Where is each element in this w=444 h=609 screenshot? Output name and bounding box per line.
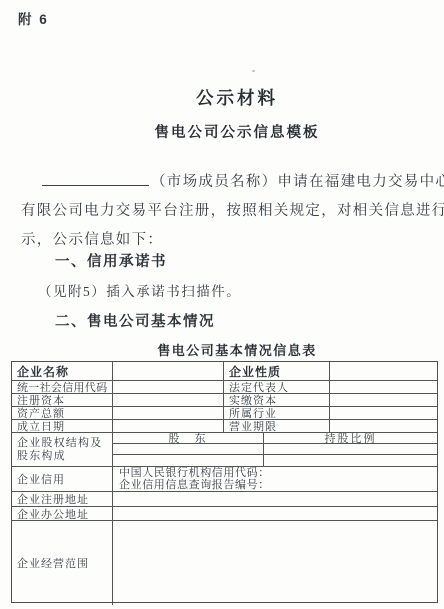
value-founding-date — [113, 420, 224, 432]
label-total-assets: 资产总额 — [12, 407, 113, 419]
label-paid-in-capital: 实缴资本 — [224, 394, 330, 406]
header-shareholding-ratio: 持股比例 — [264, 433, 437, 443]
document-title: 公示材料 — [30, 85, 444, 110]
label-office-address: 企业办公地址 — [12, 507, 113, 520]
value-shareholder-ratio — [264, 455, 437, 466]
value-registered-capital — [113, 394, 224, 406]
value-business-term — [330, 420, 437, 432]
table-title: 售电公司基本情况信息表 — [30, 340, 444, 359]
value-shareholder-ratio — [264, 444, 437, 454]
table-row-shareholders: 企业股权结构及股东构成 股 东 持股比例 — [12, 433, 437, 467]
table-row-company-credit: 企业信用 中国人民银行机构信用代码： 企业信用信息查询报告编号： — [12, 467, 437, 492]
label-company-credit: 企业信用 — [12, 467, 113, 491]
value-total-assets — [113, 407, 224, 419]
label-registered-address: 企业注册地址 — [12, 492, 113, 506]
label-business-scope: 企业经营范围 — [12, 521, 113, 605]
paragraph-line-1: （市场成员名称）申请在福建电力交易中心 — [42, 170, 444, 191]
attachment-number: 附 6 — [18, 8, 49, 28]
table-row-capital: 注册资本 实缴资本 — [12, 394, 437, 407]
value-company-nature — [330, 362, 437, 380]
document-page: 附 6 公示材料 售电公司公示信息模板 （市场成员名称）申请在福建电力交易中心 … — [0, 0, 444, 609]
table-row-business-scope: 企业经营范围 — [12, 521, 437, 605]
section-heading-credit-letter: 一、信用承诺书 — [55, 250, 167, 271]
value-unified-credit-code — [113, 381, 224, 393]
value-registered-address — [113, 492, 437, 506]
value-business-scope — [113, 521, 437, 605]
paragraph-line-1-text: （市场成员名称）申请在福建电力交易中心 — [151, 174, 444, 190]
table-row-assets-industry: 资产总额 所属行业 — [12, 407, 437, 420]
value-paid-in-capital — [330, 394, 437, 406]
credit-code-line: 中国人民银行机构信用代码： — [119, 467, 437, 479]
value-office-address — [113, 507, 437, 520]
table-row-dates: 成立日期 营业期限 — [12, 420, 437, 433]
value-company-credit: 中国人民银行机构信用代码： 企业信用信息查询报告编号： — [113, 467, 437, 491]
shareholder-header-row: 股 东 持股比例 — [113, 433, 437, 444]
table-row-name-nature: 企业名称 企业性质 — [12, 362, 437, 381]
value-legal-representative — [330, 381, 437, 393]
label-registered-capital: 注册资本 — [12, 394, 113, 406]
label-company-name: 企业名称 — [12, 362, 113, 380]
label-shareholder-structure: 企业股权结构及股东构成 — [12, 433, 113, 466]
label-legal-representative: 法定代表人 — [224, 381, 330, 393]
label-business-term: 营业期限 — [224, 420, 330, 432]
document-subtitle: 售电公司公示信息模板 — [30, 121, 444, 142]
credit-report-line: 企业信用信息查询报告编号： — [119, 479, 437, 491]
fill-in-blank-underline — [42, 171, 149, 186]
value-shareholder-name — [113, 444, 264, 454]
shareholder-row — [113, 444, 437, 455]
value-company-name — [113, 362, 224, 380]
label-founding-date: 成立日期 — [12, 420, 113, 432]
table-row-office-address: 企业办公地址 — [12, 507, 437, 521]
company-info-table: 企业名称 企业性质 统一社会信用代码 法定代表人 注册资本 实缴资本 资产总额 … — [11, 361, 438, 603]
scan-speck — [252, 70, 255, 72]
paragraph-line-2: 有限公司电力交易平台注册，按照相关规定，对相关信息进行公 — [21, 199, 444, 220]
header-shareholder: 股 东 — [113, 433, 264, 443]
label-industry: 所属行业 — [224, 407, 330, 419]
table-row-credit-code-legal-rep: 统一社会信用代码 法定代表人 — [12, 381, 437, 394]
shareholder-row — [113, 455, 437, 466]
table-row-registered-address: 企业注册地址 — [12, 492, 437, 507]
label-unified-credit-code: 统一社会信用代码 — [12, 381, 113, 393]
value-shareholder-name — [113, 455, 264, 466]
section-heading-company-basics: 二、售电公司基本情况 — [55, 310, 215, 331]
paragraph-line-3: 示，公示信息如下： — [21, 228, 163, 249]
shareholder-subtable: 股 东 持股比例 — [113, 433, 437, 466]
label-company-nature: 企业性质 — [224, 362, 330, 380]
value-industry — [330, 407, 437, 419]
section-body-credit-letter: （见附5）插入承诺书扫描件。 — [38, 280, 241, 300]
